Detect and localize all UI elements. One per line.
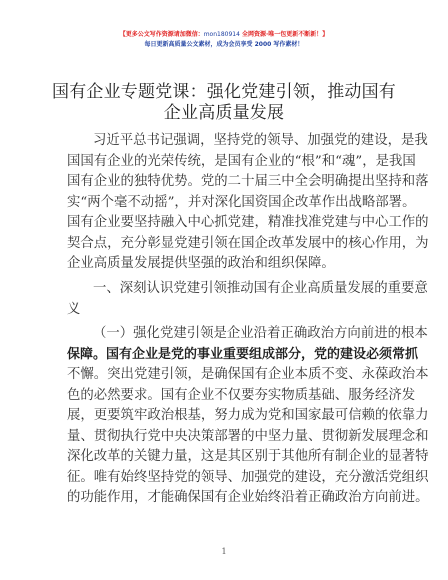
paragraph-body-bold-line: 保障。国有企业是党的事业重要组成部分，党的建设必须常抓 (67, 346, 383, 363)
subsection-heading-1: （一）强化党建引领是企业沿着正确政治方向前进的根本 (93, 325, 383, 342)
paragraph-intro-line: 国有企业的独特优势。党的二十届三中全会明确提出坚持和落 (67, 173, 383, 190)
paragraph-body-line: 不懈。突出党建引领，是确保国有企业本质不变、永葆政治本 (67, 366, 383, 383)
section-heading-1-cont: 义 (67, 301, 383, 318)
promo-banner-prefix: 【更多公文写作资源请加微信： (120, 31, 204, 38)
page-number: 1 (0, 547, 448, 556)
paragraph-intro-line: 国有企业要坚持融入中心抓党建，精准找准党建与中心工作的 (67, 214, 383, 231)
paragraph-intro-line: 国国有企业的光荣传统，是国有企业的“根”和“魂”，是我国 (67, 153, 383, 170)
document-page: 【更多公文写作资源请加微信：mon180914 全网资源·唯一包更新不断新！】 … (0, 0, 448, 580)
paragraph-body-line: 的功能作用，才能确保国有企业始终沿着正确政治方向前进。 (67, 489, 383, 506)
paragraph-body-line: 深化改革的关键力量，这是其区别于其他所有制企业的显著特 (67, 448, 383, 465)
paragraph-body-line: 征。唯有始终坚持党的领导、加强党的建设，充分激活党组织 (67, 469, 383, 486)
document-title-line-2: 企业高质量发展 (0, 103, 448, 123)
paragraph-body-line: 展，更要筑牢政治根基，努力成为党和国家最可信赖的依靠力 (67, 407, 383, 424)
promo-banner-suffix: 全网资源·唯一包更新不断新！】 (240, 31, 328, 38)
promo-banner-line-2: 每日更新高质量公文素材，成为会员享受 2000 写作素材！ (0, 41, 448, 49)
paragraph-intro-line: 实“两个毫不动摇”，并对深化国资国企改革作出战略部署。 (67, 194, 383, 211)
promo-banner-wechat-id: mon180914 (204, 31, 240, 38)
document-title-line-1: 国有企业专题党课：强化党建引领，推动国有 (0, 82, 448, 102)
section-heading-1: 一、深刻认识党建引领推动国有企业高质量发展的重要意 (93, 280, 383, 297)
paragraph-body-line: 色的必然要求。国有企业不仅要夯实物质基础、服务经济发 (67, 387, 383, 404)
paragraph-body-line: 量、贯彻执行党中央决策部署的中坚力量、贯彻新发展理念和 (67, 428, 383, 445)
paragraph-intro-line: 企业高质量发展提供坚强的政治和组织保障。 (67, 255, 383, 272)
promo-banner-line-1: 【更多公文写作资源请加微信：mon180914 全网资源·唯一包更新不断新！】 (0, 31, 448, 39)
paragraph-intro-line: 契合点，充分彰显党建引领在国企改革发展中的核心作用，为 (67, 235, 383, 252)
paragraph-intro-line: 习近平总书记强调，坚持党的领导、加强党的建设，是我 (93, 132, 383, 149)
